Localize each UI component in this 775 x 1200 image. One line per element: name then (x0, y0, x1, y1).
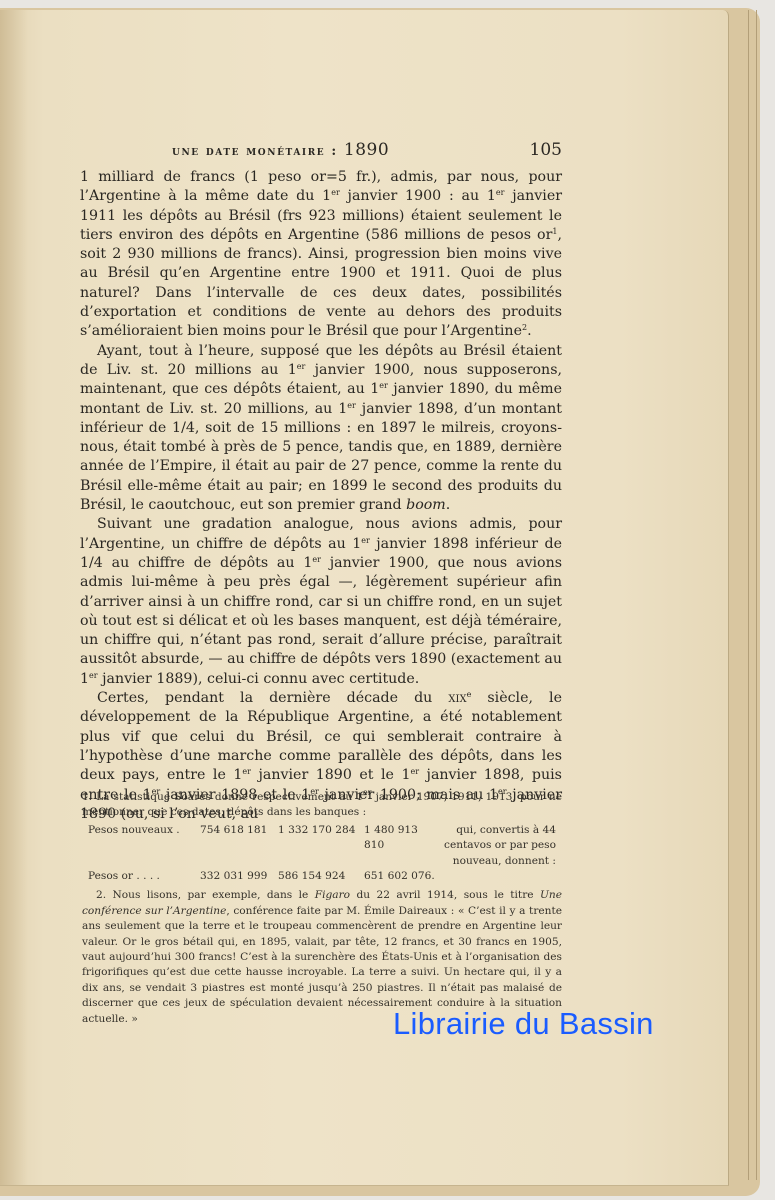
running-head: une date monétaire : 1890 105 (80, 138, 562, 164)
gutter-shadow (0, 10, 28, 1185)
deposits-table: Pesos nouveaux . 754 618 181 1 332 170 2… (88, 823, 562, 885)
table-row: Pesos or . . . . 332 031 999 586 154 924… (88, 869, 562, 884)
paragraph: Suivant une gradation analogue, nous avi… (80, 515, 562, 689)
watermark-text: Librairie du Bassin (393, 1006, 654, 1042)
page-edge (746, 10, 757, 1180)
body-text: 1 milliard de francs (1 peso or=5 fr.), … (80, 168, 562, 824)
footnote-1: 1. La statistique Soarès donne respectiv… (82, 790, 562, 884)
page-number: 105 (530, 140, 562, 160)
running-head-year: 1890 (344, 140, 389, 160)
main-text-block: une date monétaire : 1890 105 1 milliard… (80, 138, 562, 824)
paragraph: 1 milliard de francs (1 peso or=5 fr.), … (80, 168, 562, 342)
running-head-title: une date monétaire : 1890 (172, 140, 389, 160)
footnotes: 1. La statistique Soarès donne respectiv… (82, 790, 562, 1027)
paragraph: Ayant, tout à l’heure, supposé que les d… (80, 342, 562, 516)
table-row: Pesos nouveaux . 754 618 181 1 332 170 2… (88, 823, 562, 869)
